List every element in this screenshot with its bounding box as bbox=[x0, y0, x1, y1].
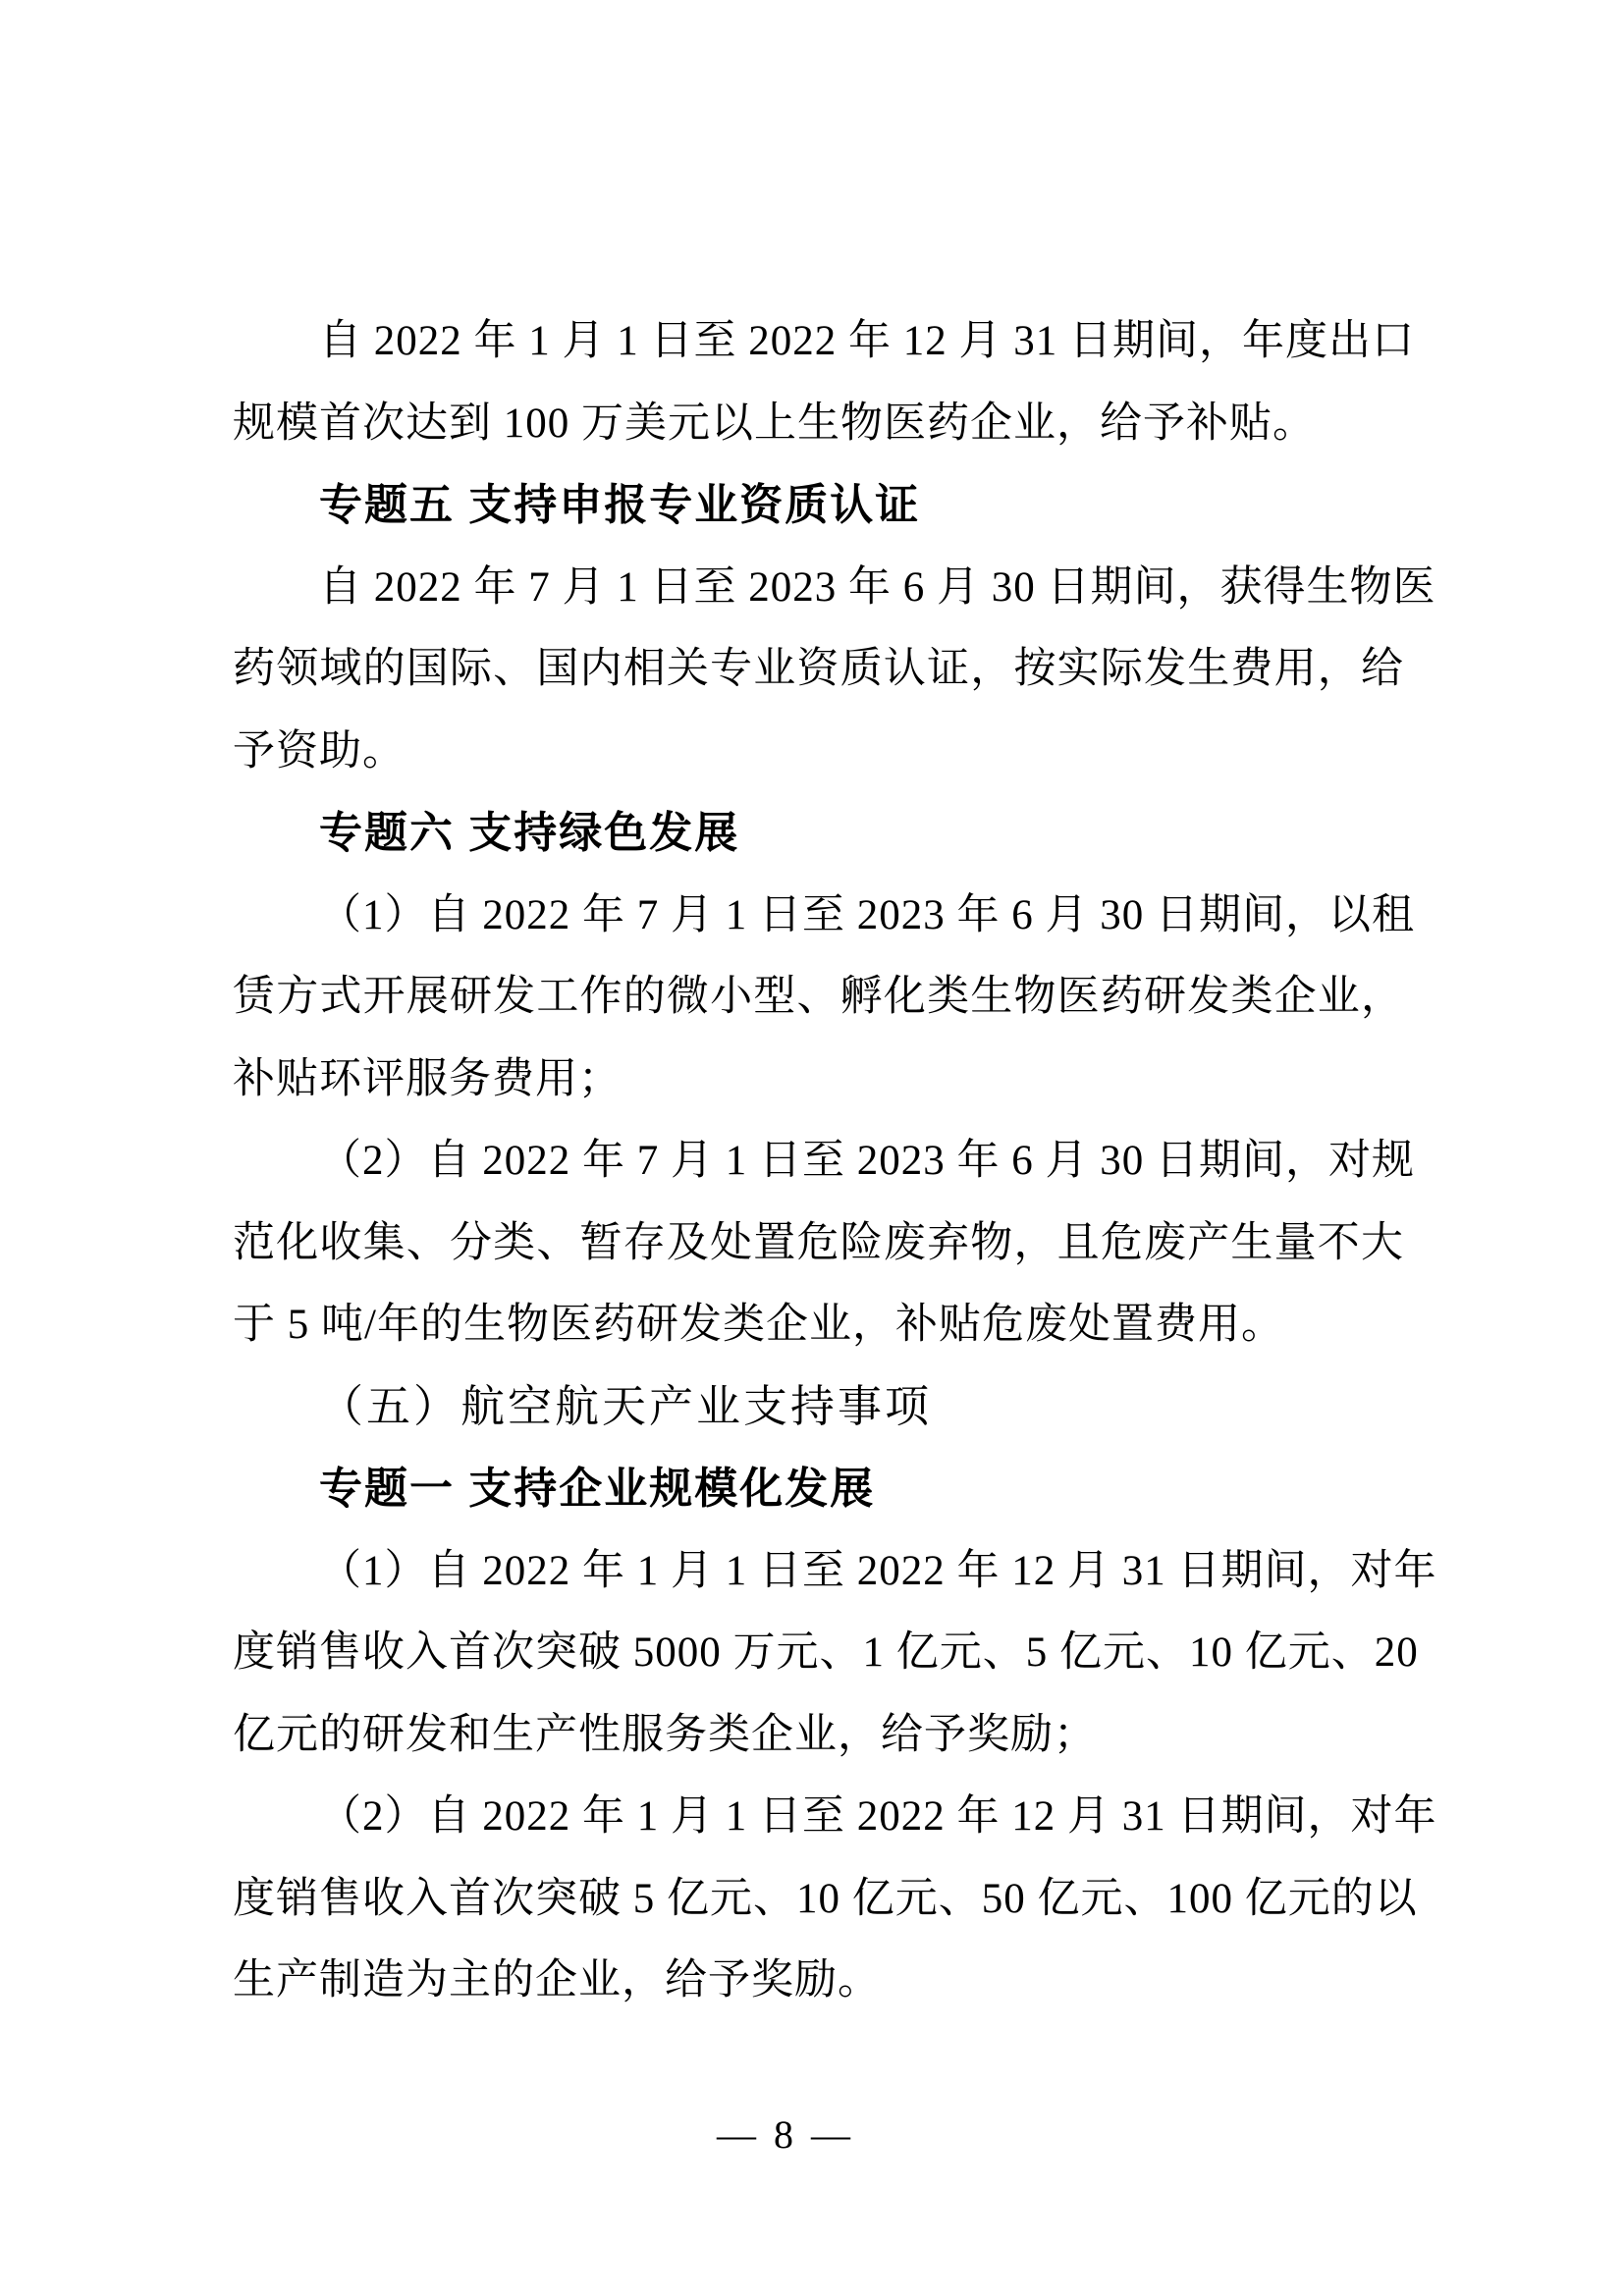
text-line: （2）自 2022 年 1 月 1 日至 2022 年 12 月 31 日期间，… bbox=[233, 1776, 1404, 1858]
text-line: 于 5 吨/年的生物医药研发类企业，补贴危废处置费用。 bbox=[233, 1284, 1404, 1366]
text-line: 范化收集、分类、暂存及处置危险废弃物，且危废产生量不大 bbox=[233, 1202, 1404, 1285]
text-line: 亿元的研发和生产性服务类企业，给予奖励； bbox=[233, 1694, 1404, 1777]
section-heading: 专题五 支持申报专业资质认证 bbox=[233, 464, 1404, 547]
text-line: 赁方式开展研发工作的微小型、孵化类生物医药研发类企业， bbox=[233, 956, 1404, 1039]
text-line: （2）自 2022 年 7 月 1 日至 2023 年 6 月 30 日期间，对… bbox=[233, 1120, 1404, 1202]
section-heading: 专题六 支持绿色发展 bbox=[233, 792, 1404, 875]
text-line: 补贴环评服务费用； bbox=[233, 1039, 1404, 1121]
text-line: 规模首次达到 100 万美元以上生物医药企业，给予补贴。 bbox=[233, 383, 1404, 465]
text-line: 予资助。 bbox=[233, 711, 1404, 793]
page-number: — 8 — bbox=[0, 2110, 1571, 2160]
text-line: 度销售收入首次突破 5000 万元、1 亿元、5 亿元、10 亿元、20 bbox=[233, 1612, 1404, 1694]
text-line: 度销售收入首次突破 5 亿元、10 亿元、50 亿元、100 亿元的以 bbox=[233, 1858, 1404, 1941]
text-line: 药领域的国际、国内相关专业资质认证，按实际发生费用，给 bbox=[233, 628, 1404, 711]
text-line: （1）自 2022 年 7 月 1 日至 2023 年 6 月 30 日期间，以… bbox=[233, 875, 1404, 957]
document-page: 自 2022 年 1 月 1 日至 2022 年 12 月 31 日期间，年度出… bbox=[0, 0, 1624, 2296]
subsection-heading: （五）航空航天产业支持事项 bbox=[233, 1366, 1404, 1449]
text-line: 生产制造为主的企业，给予奖励。 bbox=[233, 1940, 1404, 2022]
section-heading: 专题一 支持企业规模化发展 bbox=[233, 1448, 1404, 1530]
document-body: 自 2022 年 1 月 1 日至 2022 年 12 月 31 日期间，年度出… bbox=[233, 300, 1404, 2022]
text-line: 自 2022 年 7 月 1 日至 2023 年 6 月 30 日期间，获得生物… bbox=[233, 547, 1404, 629]
text-line: 自 2022 年 1 月 1 日至 2022 年 12 月 31 日期间，年度出… bbox=[233, 300, 1404, 383]
text-line: （1）自 2022 年 1 月 1 日至 2022 年 12 月 31 日期间，… bbox=[233, 1530, 1404, 1613]
